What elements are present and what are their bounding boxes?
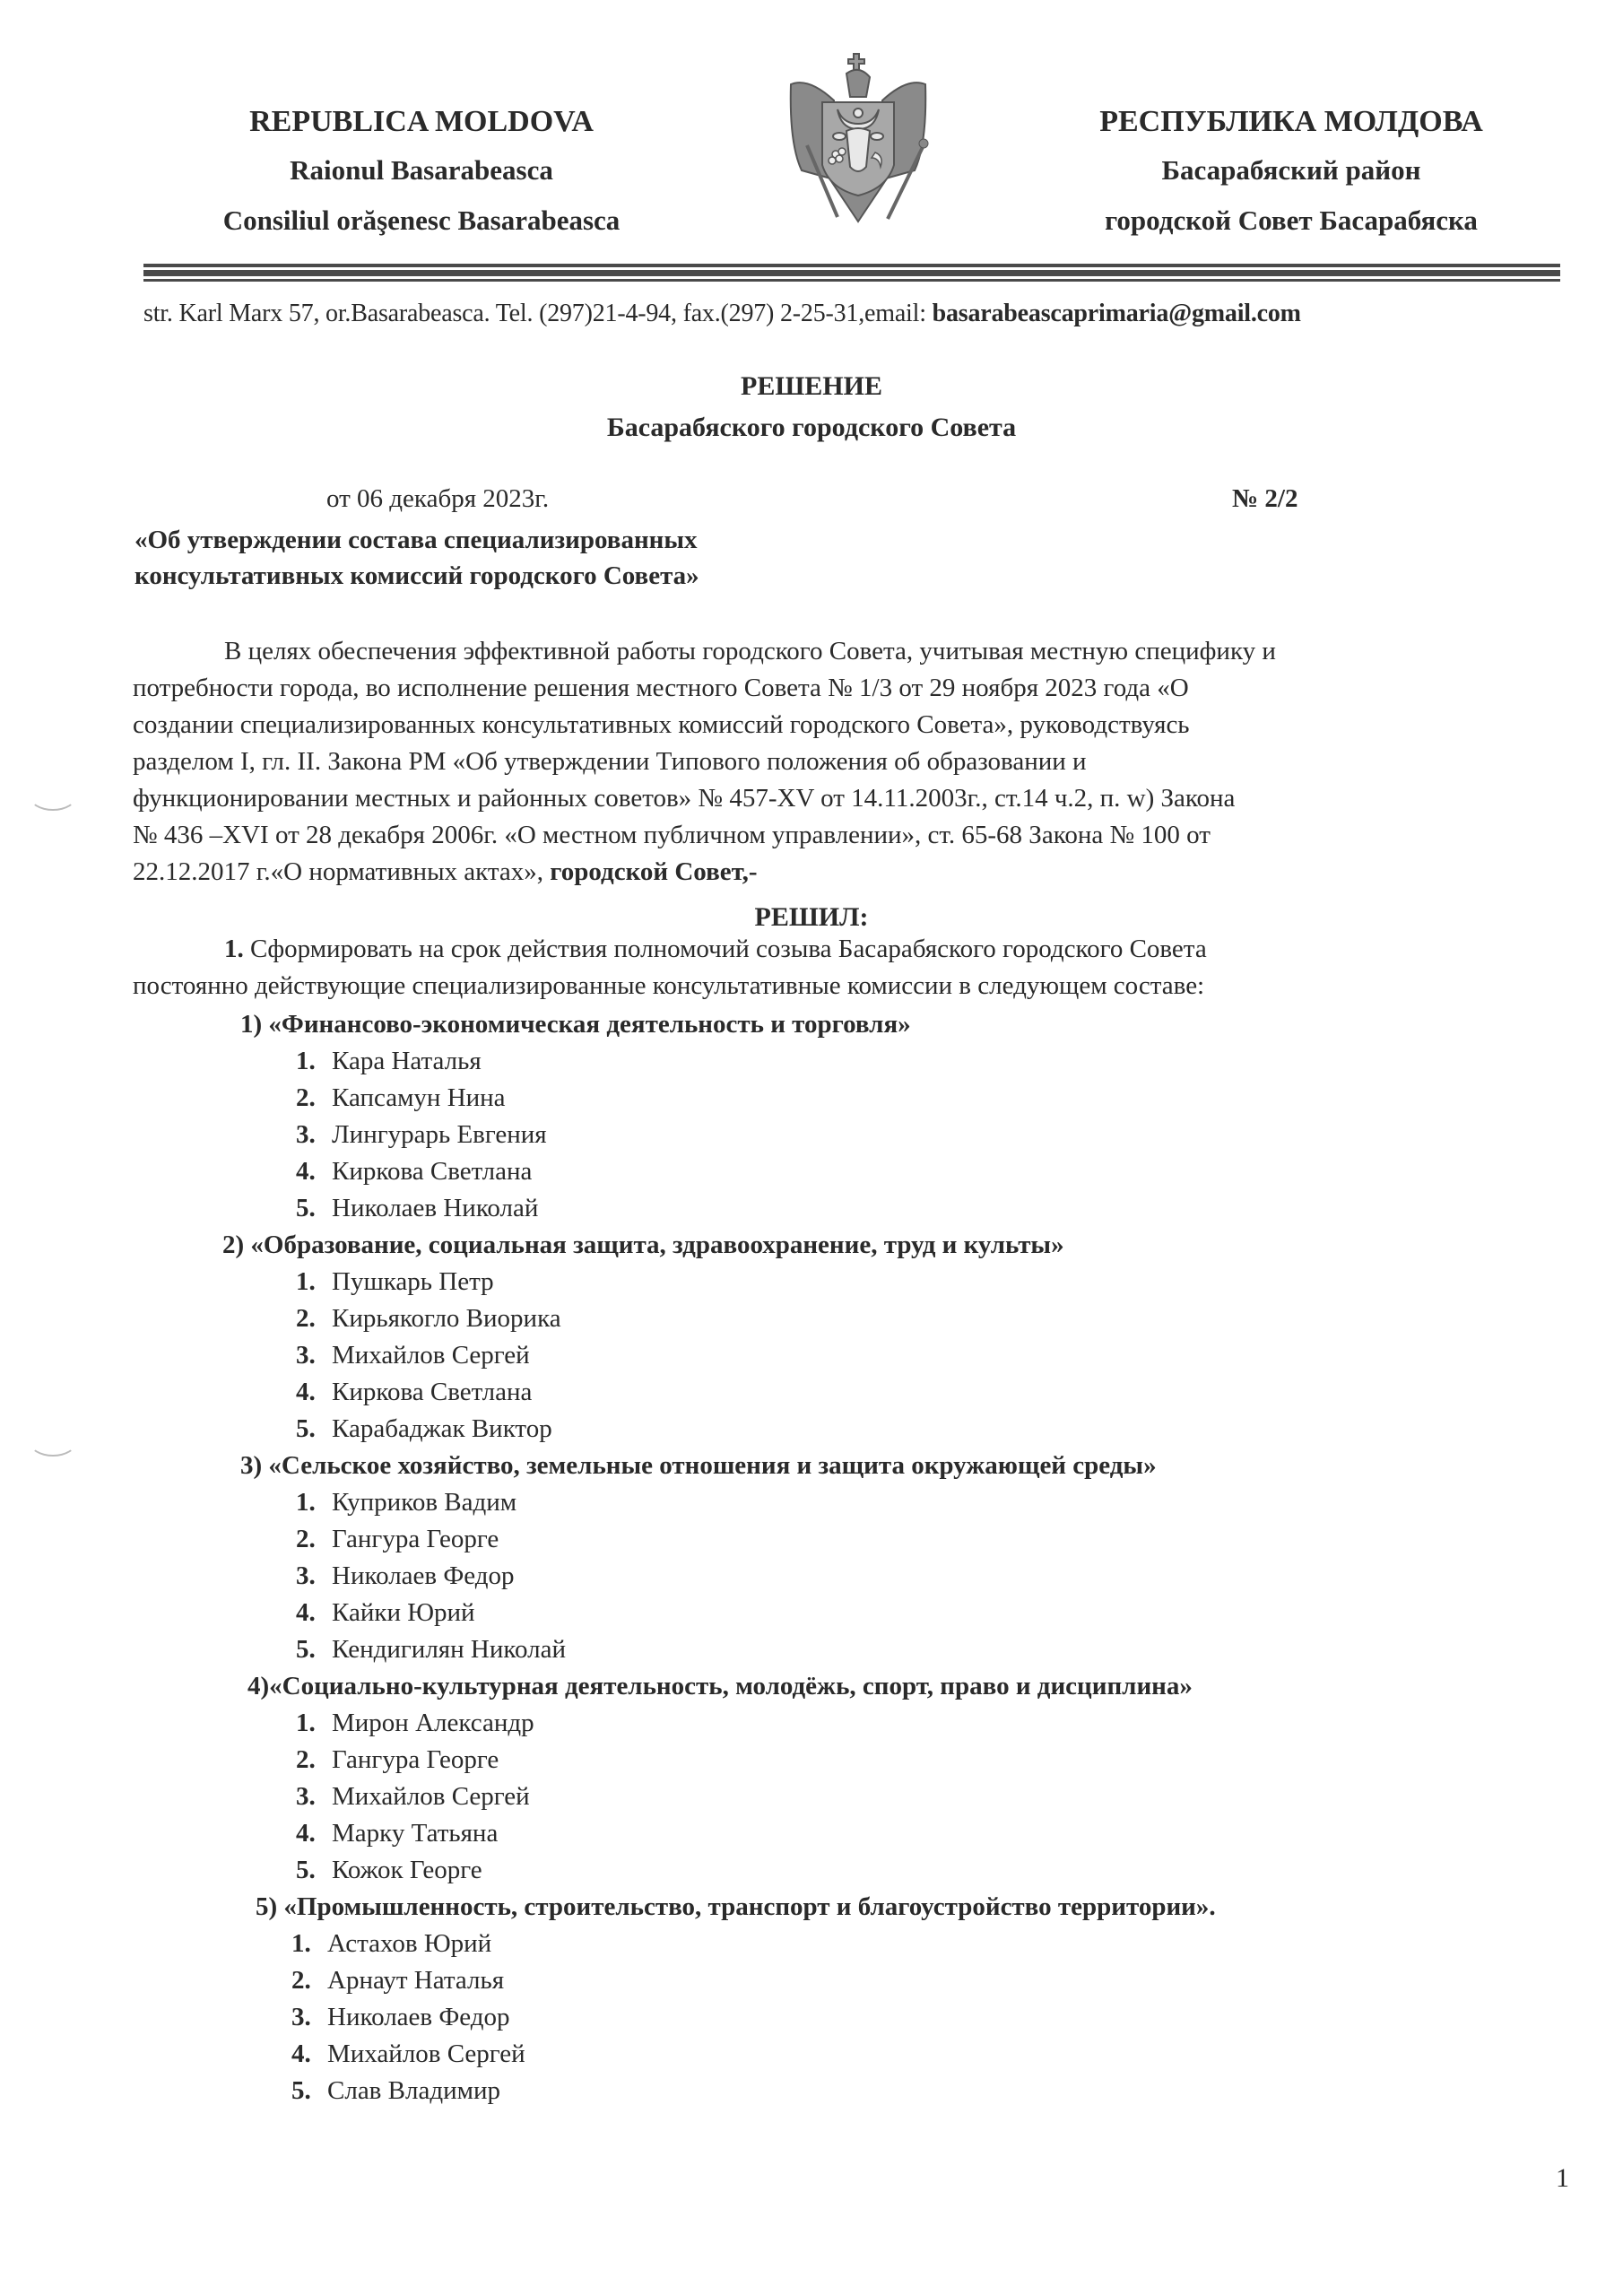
document-subject: «Об утверждении состава специализированн… — [135, 522, 699, 594]
member-list-item: 4.Киркова Светлана — [0, 1374, 1623, 1411]
member-number: 1. — [296, 1043, 332, 1080]
member-name: Капсамун Нина — [332, 1083, 506, 1112]
member-list-item: 4.Киркова Светлана — [0, 1153, 1623, 1190]
member-number: 2. — [296, 1300, 332, 1337]
member-number: 4. — [296, 1374, 332, 1411]
member-name: Арнаут Наталья — [327, 1966, 504, 1995]
preamble-text: 22.12.2017 г.«О нормативных актах», — [133, 857, 550, 886]
contact-address: str. Karl Marx 57, or.Basarabeasca. Tel.… — [143, 300, 933, 327]
member-number: 4. — [296, 1815, 332, 1852]
district-name-ro: Raionul Basarabeasca — [143, 145, 699, 196]
preamble-line: функционировании местных и районных сове… — [133, 780, 1567, 817]
member-number: 5. — [291, 2073, 327, 2109]
member-number: 4. — [291, 2036, 327, 2073]
member-list-item: 3.Николаев Федор — [0, 1999, 1623, 2036]
member-number: 1. — [291, 1926, 327, 1962]
member-number: 2. — [296, 1742, 332, 1779]
member-name: Николаев Федор — [327, 2003, 510, 2031]
header-divider — [143, 279, 1560, 282]
subject-line: «Об утверждении состава специализированн… — [135, 522, 699, 558]
member-list-item: 1.Астахов Юрий — [0, 1926, 1623, 1962]
member-name: Астахов Юрий — [327, 1929, 491, 1958]
member-number: 2. — [296, 1080, 332, 1117]
country-name-ru: РЕСПУБЛИКА МОЛДОВА — [1013, 99, 1569, 145]
member-number: 2. — [296, 1521, 332, 1558]
scan-artifact — [29, 1426, 77, 1457]
member-list-item: 2.Кирьякогло Виорика — [0, 1300, 1623, 1337]
header-divider — [143, 264, 1560, 267]
item-line: 1. Сформировать на срок действия полномо… — [133, 931, 1567, 968]
district-name-ru: Басарабяский район — [1013, 145, 1569, 196]
member-list-item: 4.Кайки Юрий — [0, 1595, 1623, 1631]
member-number: 1. — [296, 1484, 332, 1521]
commission-block: 1) «Финансово-экономическая деятельность… — [0, 1006, 1623, 1227]
header-left-romanian: REPUBLICA MOLDOVA Raionul Basarabeasca C… — [143, 99, 699, 246]
document-number: № 2/2 — [1232, 484, 1298, 514]
member-name: Михайлов Сергей — [332, 1782, 530, 1811]
preamble-line: потребности города, во исполнение решени… — [133, 670, 1567, 707]
member-name: Киркова Светлана — [332, 1378, 532, 1406]
member-list-item: 1.Куприков Вадим — [0, 1484, 1623, 1521]
moldova-coat-of-arms-icon — [782, 47, 934, 226]
resolved-heading: РЕШИЛ: — [0, 902, 1623, 933]
preamble-line: создании специализированных консультатив… — [133, 707, 1567, 744]
member-list-item: 2.Гангура Георге — [0, 1521, 1623, 1558]
country-name-ro: REPUBLICA MOLDOVA — [143, 99, 699, 145]
member-list-item: 3.Николаев Федор — [0, 1558, 1623, 1595]
member-list-item: 1.Пушкарь Петр — [0, 1264, 1623, 1300]
document-date: от 06 декабря 2023г. — [326, 484, 549, 514]
member-number: 4. — [296, 1153, 332, 1190]
member-name: Мирон Александр — [332, 1709, 534, 1737]
member-name: Кендигилян Николай — [332, 1635, 566, 1664]
member-name: Марку Татьяна — [332, 1819, 498, 1848]
member-list-item: 3.Михайлов Сергей — [0, 1337, 1623, 1374]
member-name: Гангура Георге — [332, 1525, 499, 1553]
commission-title: 1) «Финансово-экономическая деятельность… — [0, 1006, 1623, 1043]
subject-line: консультативных комиссий городского Сове… — [135, 558, 699, 594]
council-name-ru: городской Совет Басарабяска — [1013, 196, 1569, 246]
member-list-item: 2.Капсамун Нина — [0, 1080, 1623, 1117]
commissions-list: 1) «Финансово-экономическая деятельность… — [0, 1006, 1623, 2109]
document-issuer: Басарабяского городского Совета — [0, 413, 1623, 443]
commission-title: 5) «Промышленность, строительство, транс… — [0, 1889, 1623, 1926]
member-number: 4. — [296, 1595, 332, 1631]
item-number: 1. — [224, 935, 244, 963]
member-number: 5. — [296, 1411, 332, 1448]
member-list-item: 3.Михайлов Сергей — [0, 1779, 1623, 1815]
member-number: 3. — [296, 1779, 332, 1815]
member-list-item: 2.Арнаут Наталья — [0, 1962, 1623, 1999]
commission-title: 3) «Сельское хозяйство, земельные отноше… — [0, 1448, 1623, 1484]
header-divider — [143, 270, 1560, 276]
member-number: 3. — [296, 1337, 332, 1374]
member-name: Кара Наталья — [332, 1047, 482, 1075]
member-name: Киркова Светлана — [332, 1157, 532, 1186]
commission-title: 4)«Социально-культурная деятельность, мо… — [0, 1668, 1623, 1705]
member-list-item: 4.Марку Татьяна — [0, 1815, 1623, 1852]
header-right-russian: РЕСПУБЛИКА МОЛДОВА Басарабяский район го… — [1013, 99, 1569, 246]
preamble-line: № 436 –XVI от 28 декабря 2006г. «О местн… — [133, 817, 1567, 854]
member-number: 5. — [296, 1631, 332, 1668]
contact-email: basarabeascaprimaria@gmail.com — [933, 300, 1301, 327]
member-name: Лингурарь Евгения — [332, 1120, 547, 1149]
page-number: 1 — [1556, 2163, 1569, 2194]
preamble-line: 22.12.2017 г.«О нормативных актах», горо… — [133, 854, 1567, 891]
preamble-line: разделом I, гл. II. Закона РМ «Об утверж… — [133, 744, 1567, 780]
member-name: Николаев Николай — [332, 1194, 538, 1222]
commission-title: 2) «Образование, социальная защита, здра… — [0, 1227, 1623, 1264]
member-name: Кайки Юрий — [332, 1598, 475, 1627]
item-text: Сформировать на срок действия полномочий… — [244, 935, 1207, 963]
member-name: Михайлов Сергей — [332, 1341, 530, 1370]
member-name: Кирьякогло Виорика — [332, 1304, 561, 1333]
member-name: Слав Владимир — [327, 2076, 500, 2105]
member-name: Куприков Вадим — [332, 1488, 516, 1517]
member-list-item: 5.Кендигилян Николай — [0, 1631, 1623, 1668]
member-list-item: 5.Кожок Георге — [0, 1852, 1623, 1889]
preamble-line: В целях обеспечения эффективной работы г… — [133, 633, 1567, 670]
item-line: постоянно действующие специализированные… — [133, 968, 1567, 1004]
preamble: В целях обеспечения эффективной работы г… — [133, 633, 1567, 891]
member-number: 1. — [296, 1705, 332, 1742]
member-list-item: 2.Гангура Георге — [0, 1742, 1623, 1779]
member-number: 5. — [296, 1190, 332, 1227]
member-name: Пушкарь Петр — [332, 1267, 494, 1296]
member-number: 3. — [291, 1999, 327, 2036]
member-number: 3. — [296, 1558, 332, 1595]
commission-block: 5) «Промышленность, строительство, транс… — [0, 1889, 1623, 2109]
member-list-item: 3.Лингурарь Евгения — [0, 1117, 1623, 1153]
member-name: Михайлов Сергей — [327, 2039, 525, 2068]
member-list-item: 5.Слав Владимир — [0, 2073, 1623, 2109]
commission-block: 4)«Социально-культурная деятельность, мо… — [0, 1668, 1623, 1889]
member-name: Николаев Федор — [332, 1561, 515, 1590]
member-number: 1. — [296, 1264, 332, 1300]
document-page: REPUBLICA MOLDOVA Raionul Basarabeasca C… — [0, 0, 1623, 2296]
member-list-item: 5.Николаев Николай — [0, 1190, 1623, 1227]
member-name: Кожок Георге — [332, 1856, 482, 1884]
member-list-item: 5.Карабаджак Виктор — [0, 1411, 1623, 1448]
member-list-item: 1.Мирон Александр — [0, 1705, 1623, 1742]
member-number: 3. — [296, 1117, 332, 1153]
document-type: РЕШЕНИЕ — [0, 371, 1623, 402]
member-list-item: 4.Михайлов Сергей — [0, 2036, 1623, 2073]
scan-artifact — [29, 780, 77, 811]
member-number: 2. — [291, 1962, 327, 1999]
member-number: 5. — [296, 1852, 332, 1889]
commission-block: 2) «Образование, социальная защита, здра… — [0, 1227, 1623, 1448]
preamble-bold: городской Совет,- — [550, 857, 757, 886]
contact-line: str. Karl Marx 57, or.Basarabeasca. Tel.… — [143, 298, 1569, 330]
member-name: Карабаджак Виктор — [332, 1414, 552, 1443]
commission-block: 3) «Сельское хозяйство, земельные отноше… — [0, 1448, 1623, 1668]
member-name: Гангура Георге — [332, 1745, 499, 1774]
council-name-ro: Consiliul orăşenesc Basarabeasca — [143, 196, 699, 246]
member-list-item: 1.Кара Наталья — [0, 1043, 1623, 1080]
resolution-item-1: 1. Сформировать на срок действия полномо… — [133, 931, 1567, 1004]
